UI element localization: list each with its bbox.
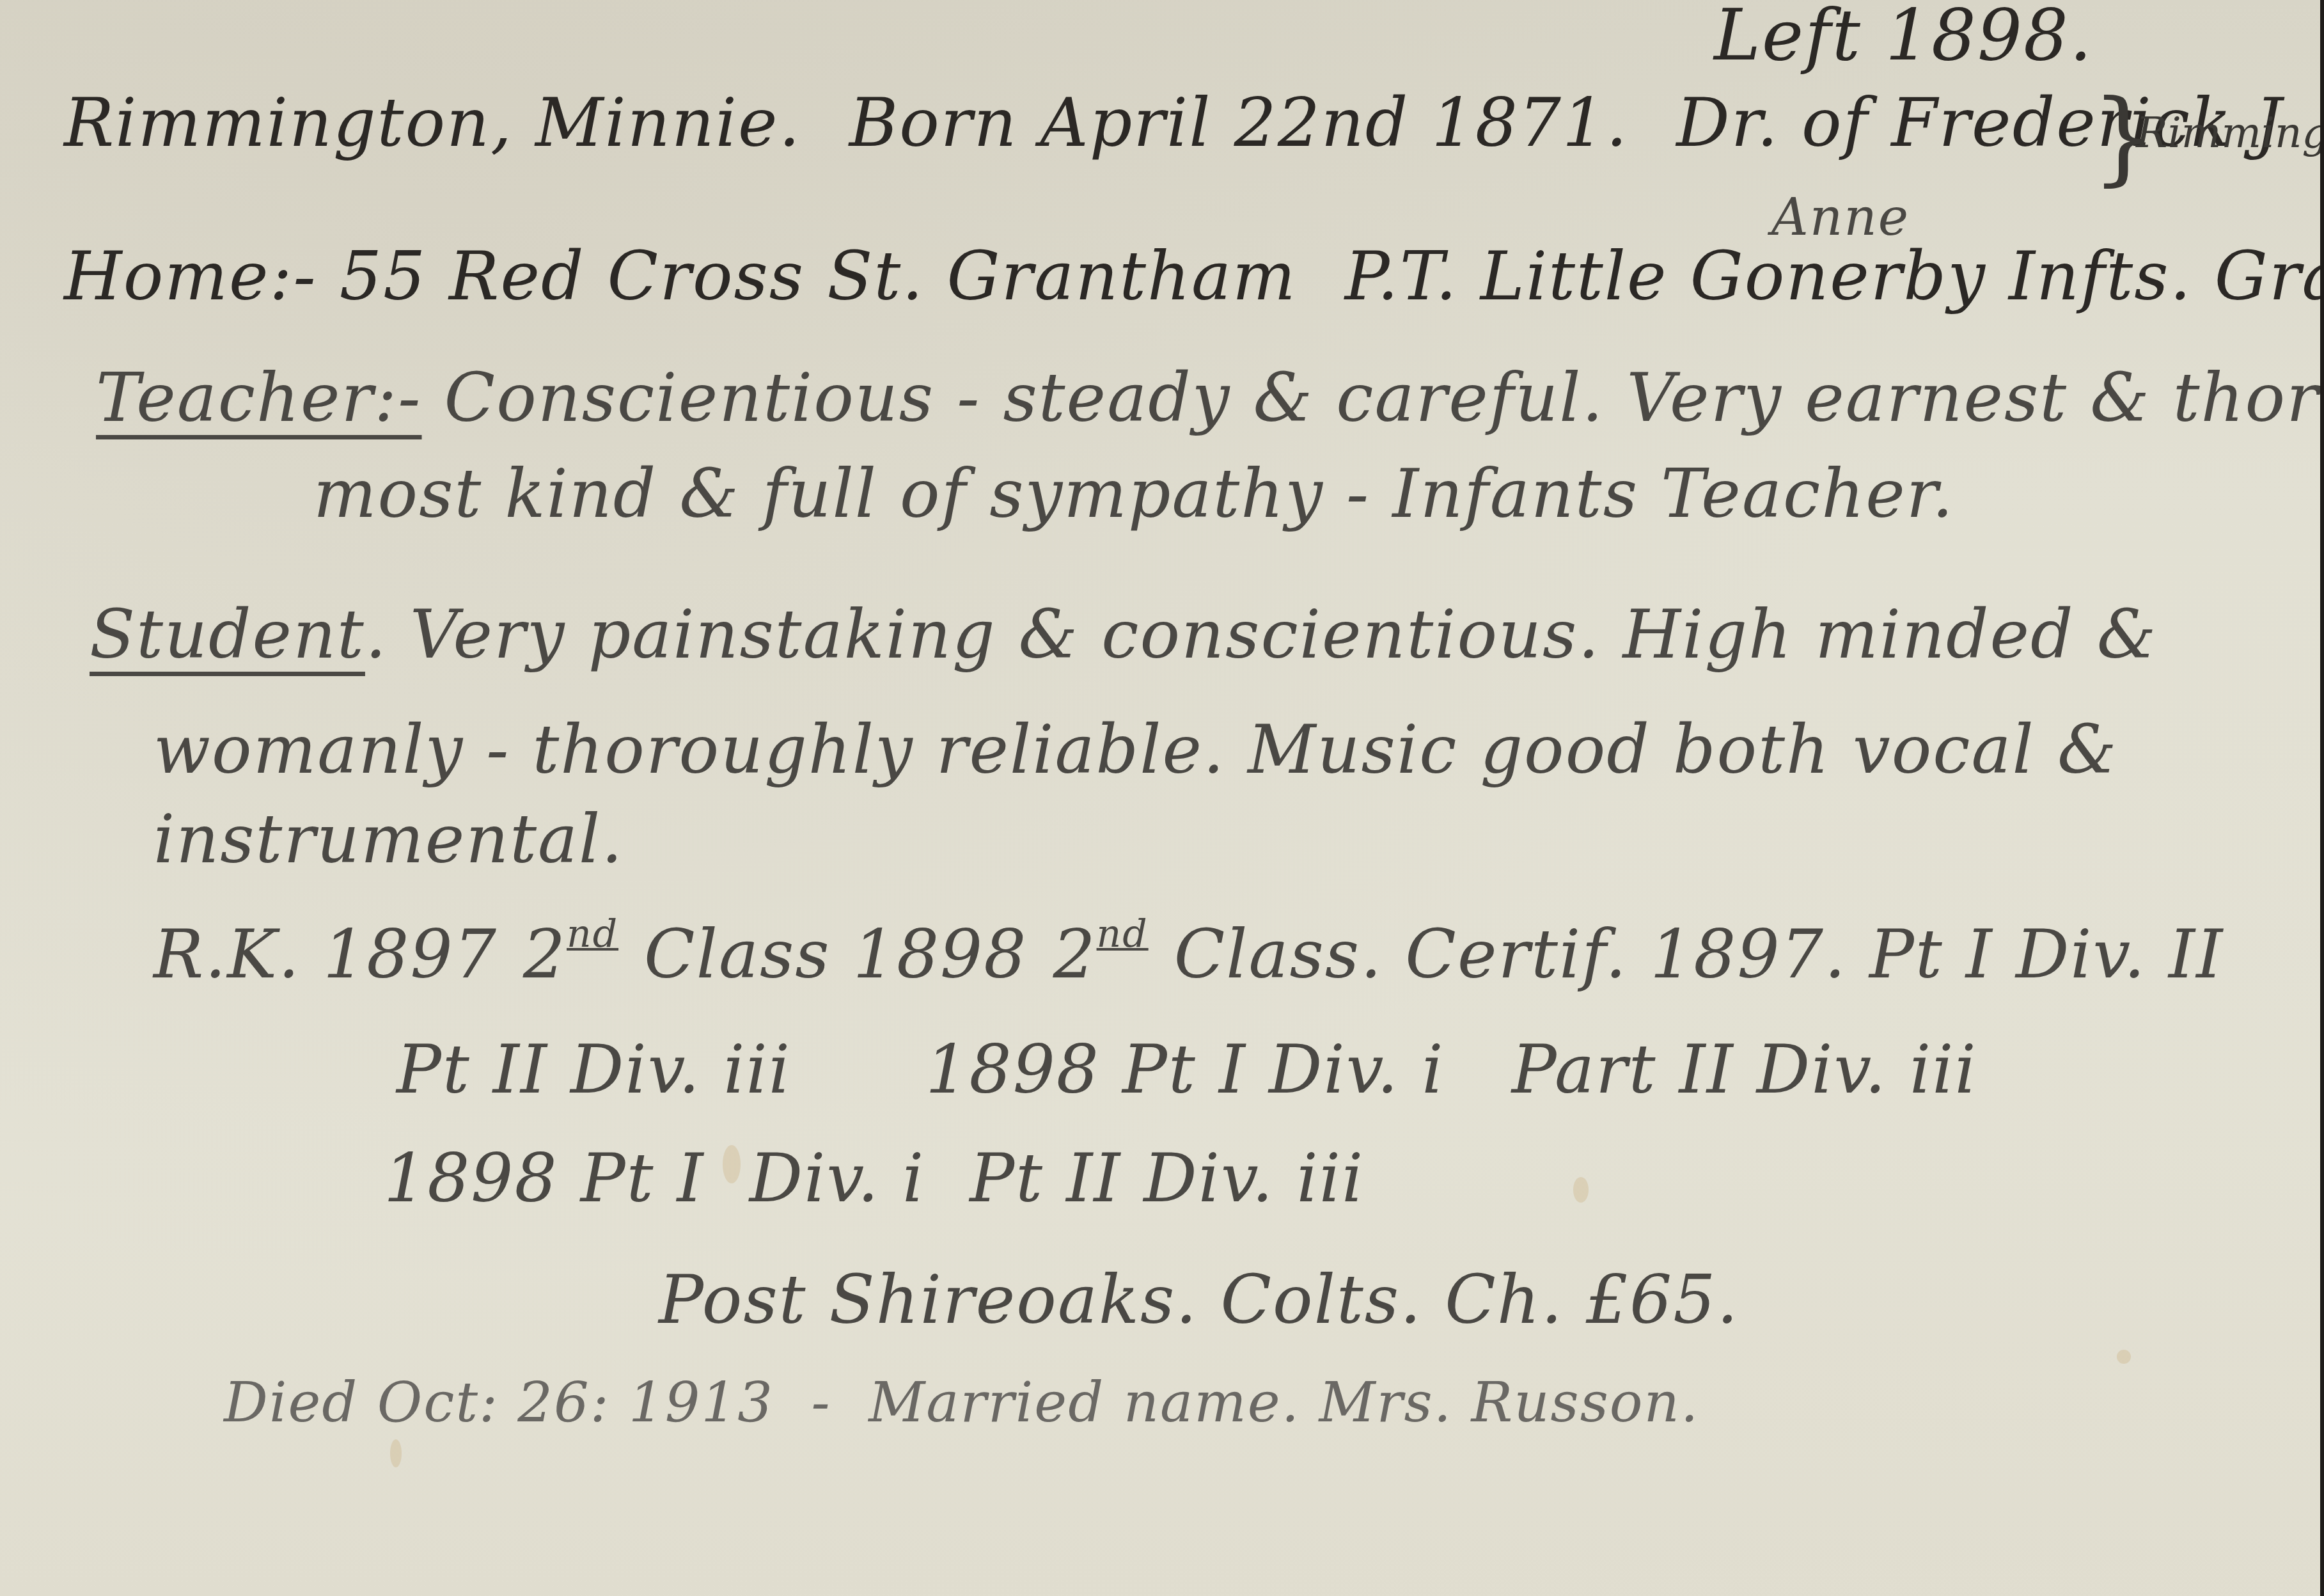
register-page: Left 1898. Rimmington, Minnie. Born Apri… bbox=[0, 0, 2324, 1596]
home-label: Home:- bbox=[64, 237, 317, 315]
post-line: Post Shireoaks. Colts. Ch. £65. bbox=[659, 1267, 1739, 1333]
exam-class-sup-2: nd bbox=[1097, 912, 1149, 956]
exam-line-2: Pt II Div. iii 1898 Pt I Div. i Part II … bbox=[396, 1036, 1977, 1103]
page-edge bbox=[2320, 0, 2324, 1596]
student-label: Student bbox=[90, 596, 365, 674]
family-surname: Rimmington bbox=[2136, 112, 2324, 154]
exam-line-1: R.K. 18972ndClass 18982ndClass. Certif. … bbox=[153, 915, 2224, 988]
birth-date: Born April 22nd 1871. bbox=[849, 84, 1628, 162]
pupil-teacher-school: P.T. Little Gonerby Infts. Grantham. bbox=[1345, 237, 2324, 315]
exam-line-3: 1898 Pt I Div. i Pt II Div. iii bbox=[384, 1145, 1364, 1212]
student-line-1: Student. Very painstaking & conscientiou… bbox=[90, 601, 2157, 668]
teacher-label: Teacher:- bbox=[96, 359, 422, 437]
exam-class-num: 2 bbox=[523, 915, 567, 993]
exam-certificate: Class. Certif. 1897. Pt I Div. II bbox=[1174, 915, 2224, 993]
student-line-2: womanly - thoroughly reliable. Music goo… bbox=[153, 716, 2118, 783]
foxing-stain bbox=[2117, 1350, 2131, 1364]
student-name: Rimmington, Minnie. bbox=[64, 84, 801, 162]
parent-mother: Anne bbox=[1771, 192, 1910, 243]
exam-rk: R.K. 1897 bbox=[153, 915, 498, 993]
exam-class-num-2: 2 bbox=[1053, 915, 1096, 993]
death-marriage-note: Died Oct: 26: 1913 - Married name. Mrs. … bbox=[224, 1375, 1699, 1430]
teacher-line-2: most kind & full of sympathy - Infants T… bbox=[313, 461, 1954, 527]
home-address: 55 Red Cross St. Grantham bbox=[340, 237, 1297, 315]
teacher-remarks-1: Conscientious - steady & careful. Very e… bbox=[444, 359, 2324, 437]
left-date-note: Left 1898. bbox=[1714, 0, 2093, 70]
foxing-stain bbox=[1573, 1177, 1589, 1203]
student-remarks-1: . Very painstaking & conscientious. High… bbox=[365, 596, 2157, 674]
home-line: Home:- 55 Red Cross St. Grantham P.T. Li… bbox=[64, 243, 2324, 310]
name-line: Rimmington, Minnie. Born April 22nd 1871… bbox=[64, 90, 2283, 156]
exam-class-word: Class 1898 bbox=[644, 915, 1027, 993]
exam-class-sup: nd bbox=[567, 912, 618, 956]
student-line-3: instrumental. bbox=[153, 806, 624, 873]
teacher-line-1: Teacher:- Conscientious - steady & caref… bbox=[96, 365, 2324, 431]
foxing-stain bbox=[390, 1439, 402, 1467]
